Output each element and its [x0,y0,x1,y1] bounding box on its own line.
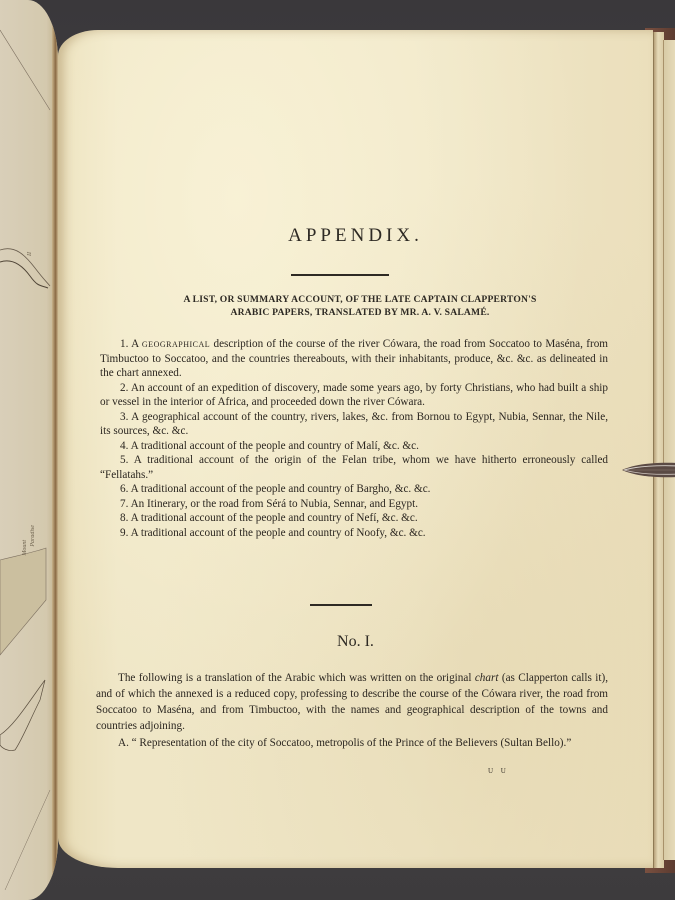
page-stack-edge-outer [663,40,675,860]
subtitle-line-2: ARABIC PAPERS, TRANSLATED BY MR. A. V. S… [140,306,580,319]
list-item: 6. A traditional account of the people a… [100,482,608,497]
papers-list: 1. A geographical description of the cou… [100,337,608,540]
list-item: 2. An account of an expedition of discov… [100,381,608,410]
book-page: APPENDIX. A LIST, OR SUMMARY ACCOUNT, OF… [58,30,653,868]
signature-mark: U U [488,767,509,775]
subtitle-line-1: A LIST, OR SUMMARY ACCOUNT, OF THE LATE … [140,293,580,306]
list-item: 1. A geographical description of the cou… [100,337,608,381]
list-item: 9. A traditional account of the people a… [100,526,608,541]
section-rule [310,604,372,606]
item-a-paragraph: A. “ Representation of the city of Socca… [96,735,608,751]
map-drawing [0,0,58,900]
list-item: 8. A traditional account of the people a… [100,511,608,526]
page-title: APPENDIX. [58,225,653,247]
section-heading: No. I. [58,633,653,651]
page-subtitle: A LIST, OR SUMMARY ACCOUNT, OF THE LATE … [140,293,580,319]
left-page-map: II Mount Paradise [0,0,58,900]
pen-nib-icon [620,460,675,480]
title-rule [291,274,389,276]
intro-paragraph: The following is a translation of the Ar… [96,670,608,734]
list-item: 3. A geographical account of the country… [100,410,608,439]
map-label-paradise: Paradise [30,525,36,547]
map-label-top: II [27,252,33,256]
list-item: 4. A traditional account of the people a… [100,439,608,454]
map-label-mount: Mount [22,540,28,556]
list-item: 5. A traditional account of the origin o… [100,453,608,482]
list-item: 7. An Itinerary, or the road from Sérá t… [100,497,608,512]
